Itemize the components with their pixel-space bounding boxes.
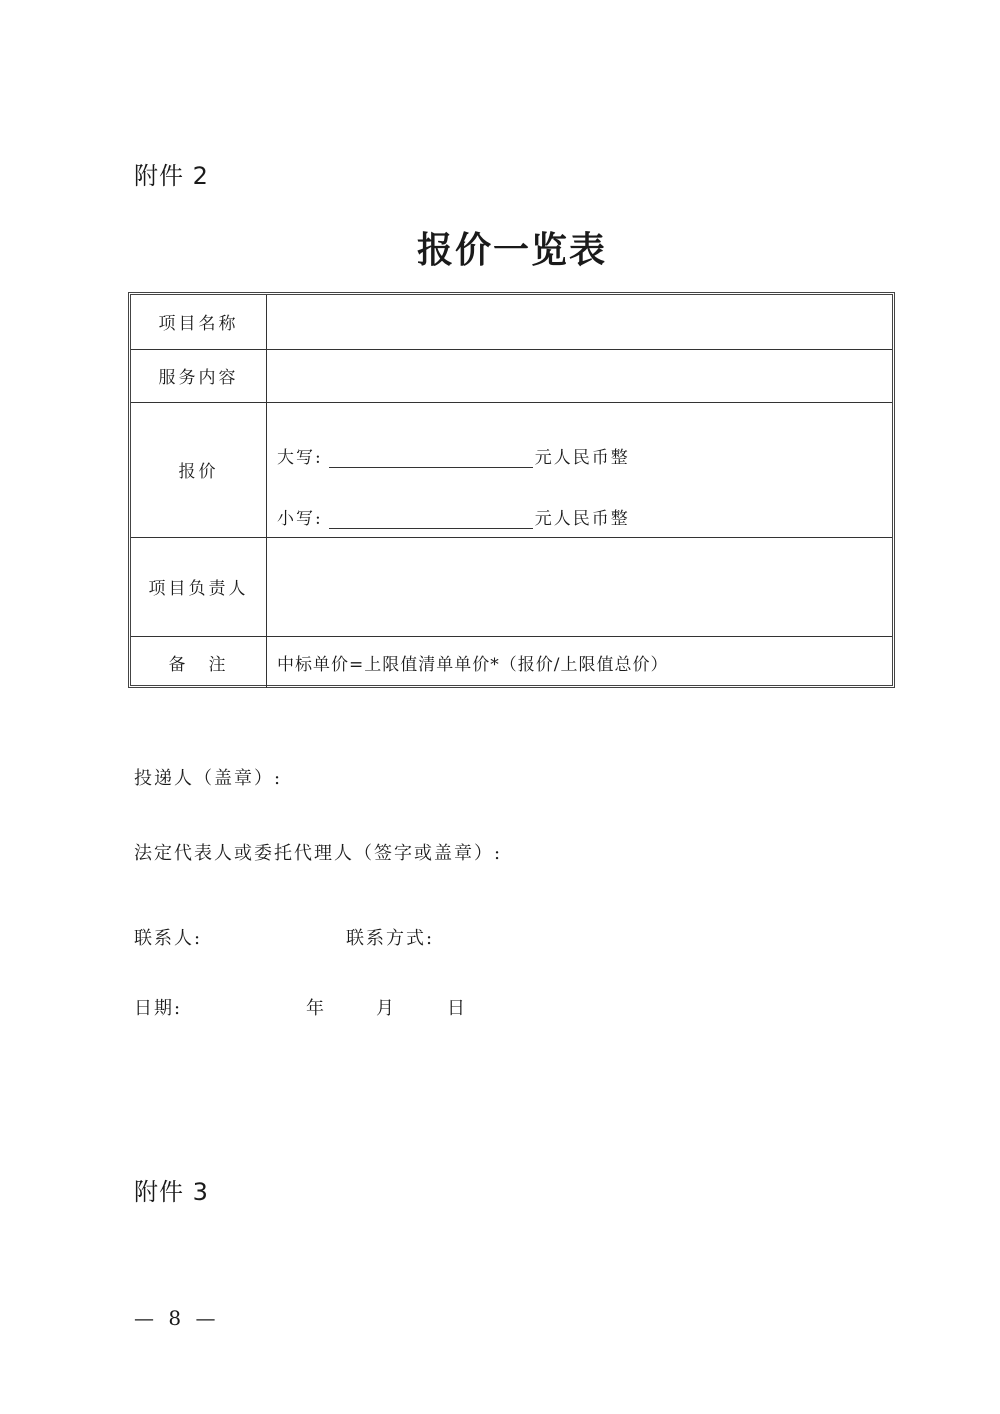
row-label: 服务内容 bbox=[131, 349, 267, 402]
date-month-label: 月 bbox=[376, 994, 396, 1020]
bidder-seal-line: 投递人（盖章）: bbox=[134, 764, 282, 790]
quote-table: 项目名称 服务内容 报价 大写:元人民币整 小写:元人民币整 项目负责人 备 注 bbox=[128, 292, 895, 688]
page-title: 报价一览表 bbox=[0, 222, 1000, 273]
attachment-3-heading: 附件 3 bbox=[134, 1172, 209, 1207]
page-number: — 8 — bbox=[134, 1306, 219, 1330]
date-label: 日期: bbox=[134, 994, 182, 1020]
table-row-service-content: 服务内容 bbox=[131, 349, 892, 402]
table-row-remarks: 备 注 中标单价=上限值清单单价*（报价/上限值总价） bbox=[131, 636, 892, 688]
uppercase-suffix: 元人民币整 bbox=[535, 448, 630, 468]
lowercase-amount-blank[interactable] bbox=[329, 510, 533, 529]
uppercase-label: 大写: bbox=[277, 448, 323, 468]
project-name-field[interactable] bbox=[267, 295, 893, 349]
service-content-field[interactable] bbox=[267, 349, 893, 402]
lowercase-price-line: 小写:元人民币整 bbox=[277, 504, 892, 529]
lowercase-label: 小写: bbox=[277, 509, 323, 529]
table-row-quote: 报价 大写:元人民币整 小写:元人民币整 bbox=[131, 402, 892, 537]
row-label: 项目名称 bbox=[131, 295, 267, 349]
row-label: 项目负责人 bbox=[131, 537, 267, 636]
remarks-text: 中标单价=上限值清单单价*（报价/上限值总价） bbox=[267, 636, 893, 688]
table-row-project-name: 项目名称 bbox=[131, 295, 892, 349]
date-day-label: 日 bbox=[447, 994, 467, 1020]
uppercase-amount-blank[interactable] bbox=[329, 449, 533, 468]
attachment-2-heading: 附件 2 bbox=[134, 156, 209, 191]
row-label: 备 注 bbox=[131, 636, 267, 688]
row-label: 报价 bbox=[131, 402, 267, 537]
contact-person-label: 联系人: bbox=[134, 924, 202, 950]
legal-rep-line: 法定代表人或委托代理人（签字或盖章）: bbox=[134, 839, 502, 865]
uppercase-price-line: 大写:元人民币整 bbox=[277, 443, 892, 468]
project-lead-field[interactable] bbox=[267, 537, 893, 636]
lowercase-suffix: 元人民币整 bbox=[535, 509, 630, 529]
table-row-project-lead: 项目负责人 bbox=[131, 537, 892, 636]
date-year-label: 年 bbox=[306, 994, 326, 1020]
quote-cell: 大写:元人民币整 小写:元人民币整 bbox=[267, 402, 893, 537]
contact-method-label: 联系方式: bbox=[346, 924, 434, 950]
